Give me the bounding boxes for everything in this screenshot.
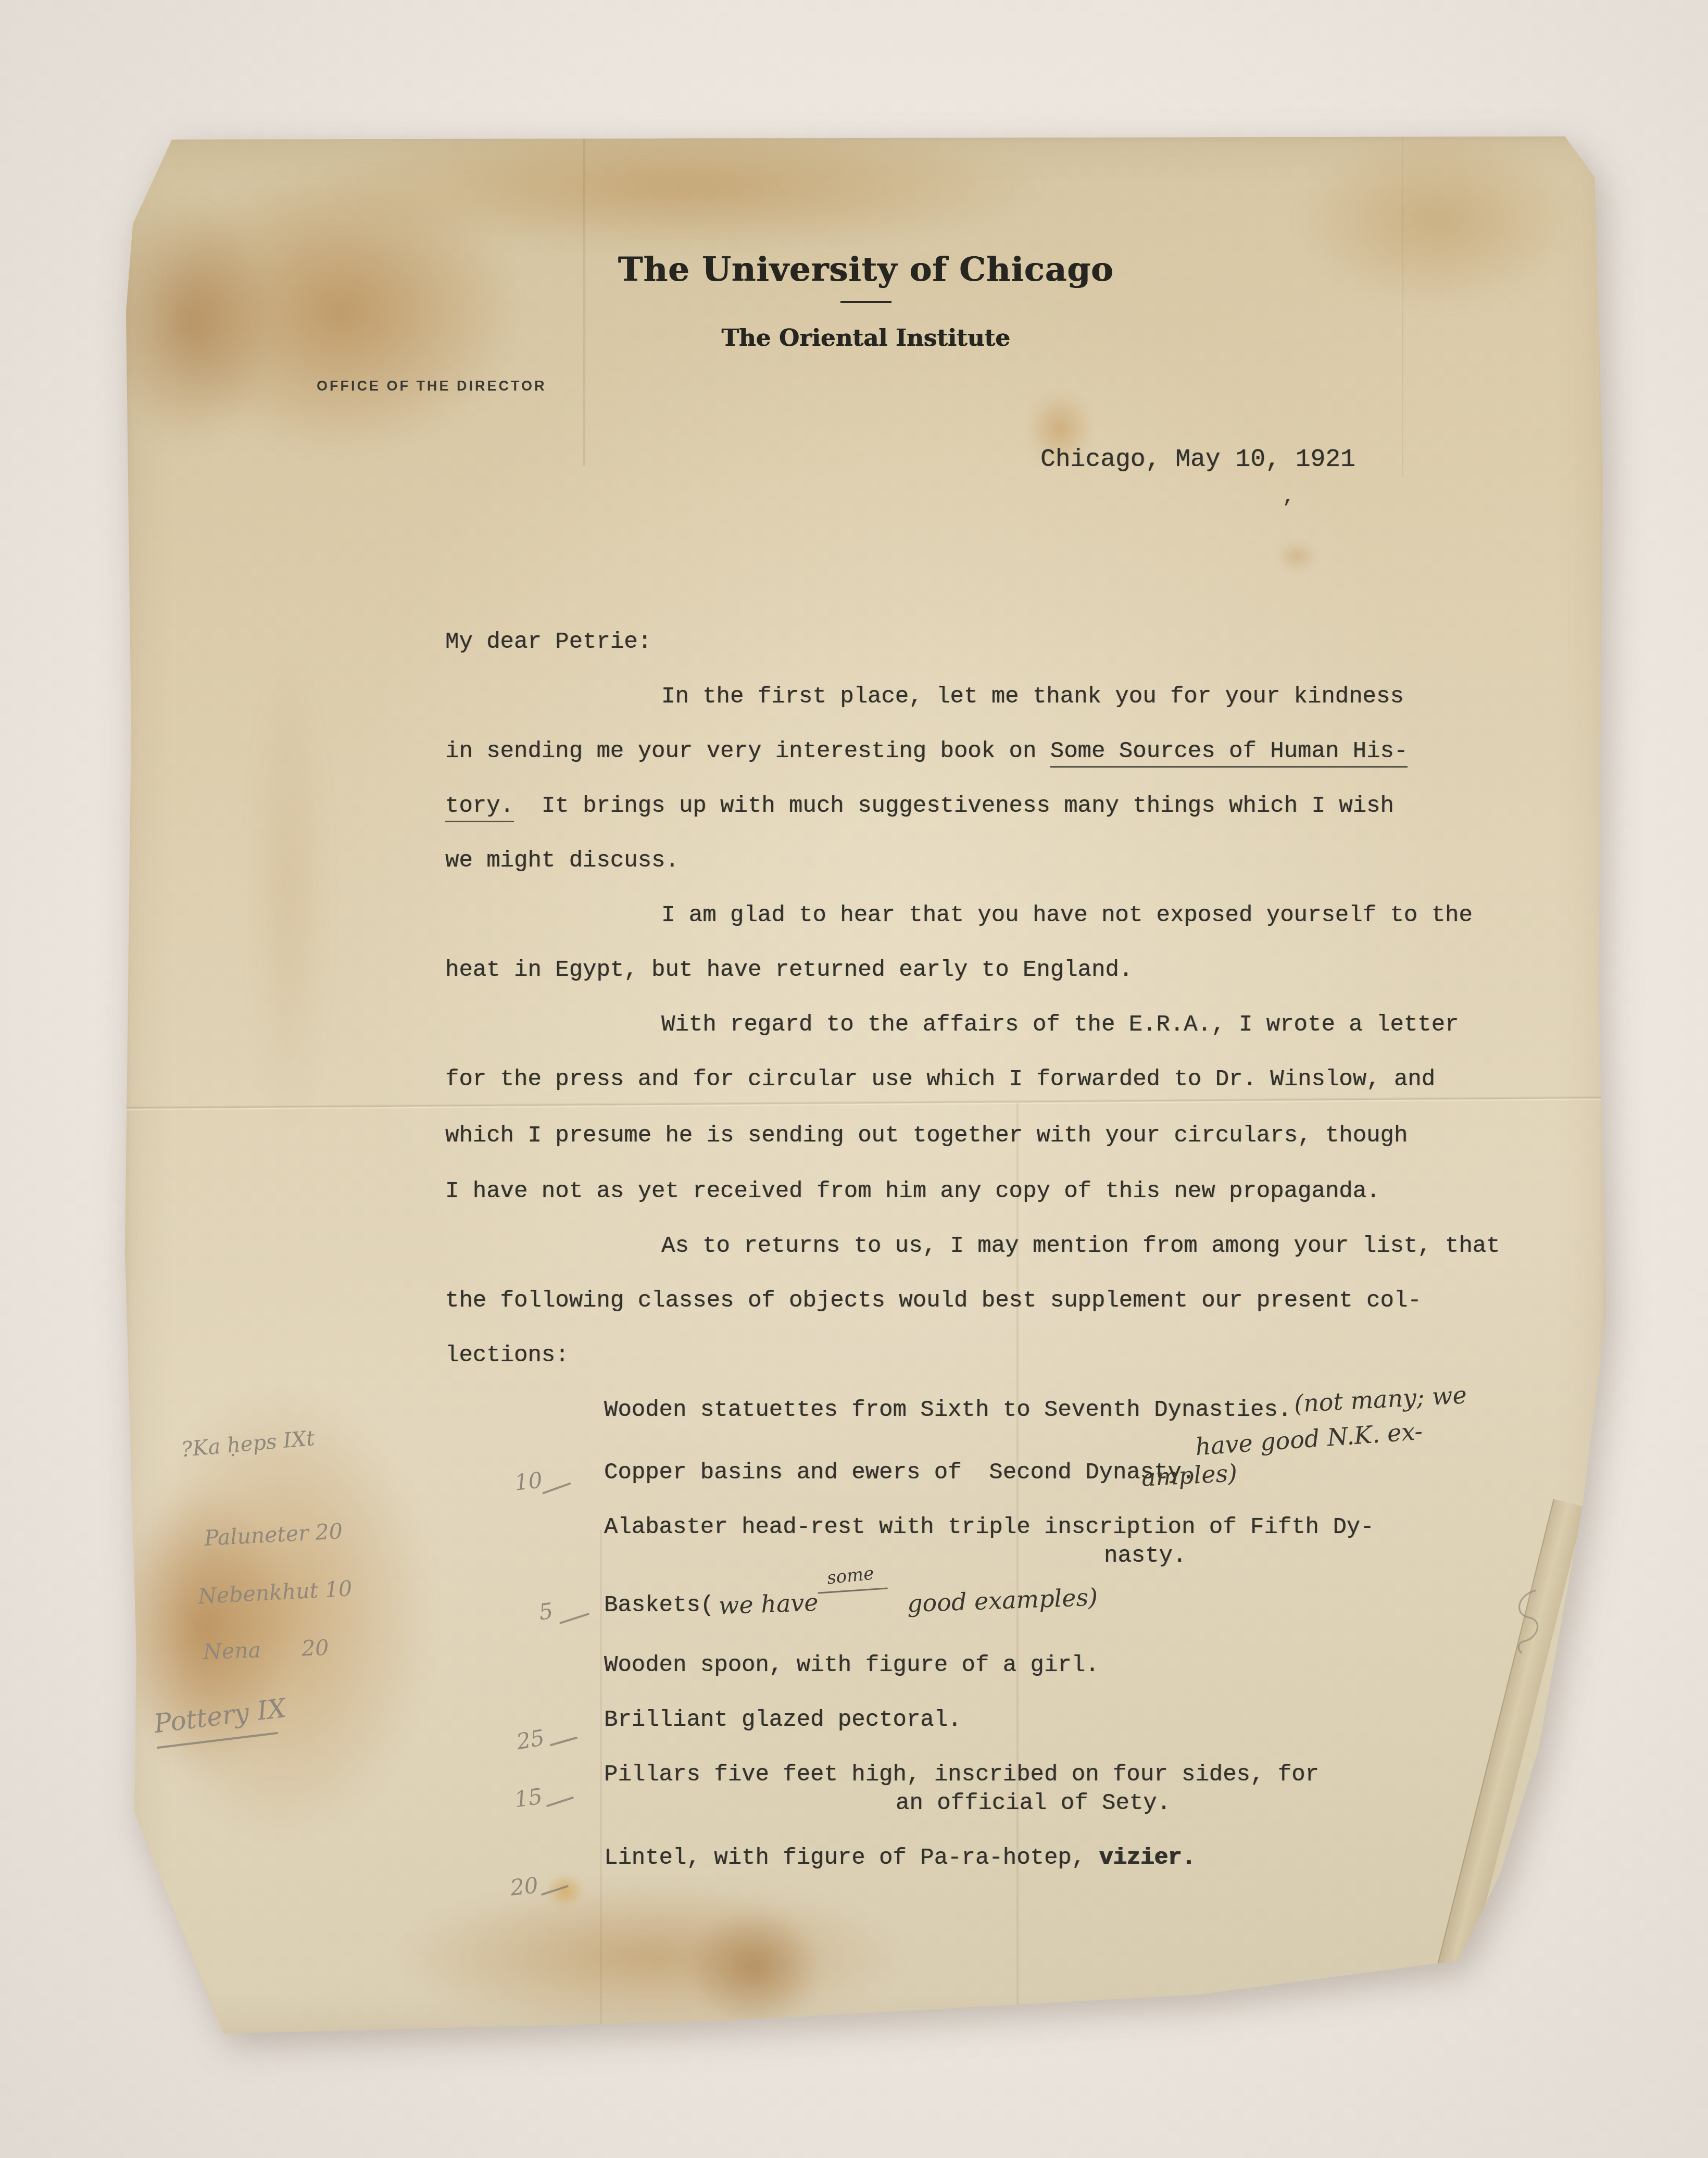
typed-text: Lintel, with figure of Pa-ra-hotep, [604,1845,1099,1871]
pencil-squiggle [1506,1587,1548,1660]
typed-line: In the first place, let me thank you for… [661,684,1404,710]
letter-paper: The University of Chicago The Oriental I… [125,134,1606,2040]
crease-vertical-left-lower [600,1530,602,2040]
letterhead-university: The University of Chicago [125,250,1606,289]
margin-note: ?Ka ḥeps IXt [180,1426,316,1462]
typed-line: the following classes of objects would b… [445,1288,1422,1314]
letterhead-institute: The Oriental Institute [125,324,1606,352]
typed-line: heat in Egypt, but have returned early t… [445,957,1133,983]
list-item: Baskets( [604,1592,714,1618]
typed-line: for the press and for circular use which… [445,1067,1435,1093]
fold-strip-bottom-right [1437,1499,1585,1975]
dog-ear-fold-bottom-left [130,1809,237,2040]
typed-line: in sending me your very interesting book… [445,738,1408,764]
pencil-dash [541,1885,569,1896]
underlined-book-title: tory. [445,793,514,822]
ink-annotation: amples) [1141,1459,1238,1492]
list-item-continuation: an official of Sety. [896,1790,1171,1816]
pencil-dash [542,1482,571,1495]
typed-line: I am glad to hear that you have not expo… [661,902,1473,929]
salutation: My dear Petrie: [445,629,651,655]
ink-annotation: good examples) [907,1583,1098,1618]
stain-top-left [94,114,588,509]
ink-annotation-insert: some [826,1563,875,1588]
margin-note: Nebenkhut 10 [197,1576,353,1609]
list-item: Lintel, with figure of Pa-ra-hotep, vizi… [604,1845,1195,1871]
stain-yellow-spot [541,1868,590,1913]
margin-note: Paluneter 20 [204,1519,343,1551]
typed-line: As to returns to us, I may mention from … [661,1233,1500,1259]
dateline: Chicago, May 10, 1921 [1040,447,1355,473]
pencil-dash [550,1736,578,1746]
letterhead-divider [840,301,891,303]
stain-small-right [1271,535,1323,577]
stain-top-band [219,103,1146,270]
list-item: Pillars five feet high, inscribed on fou… [604,1762,1319,1788]
pencil-price: 20 [509,1872,539,1900]
scanned-letter: The University of Chicago The Oriental I… [0,0,1708,2158]
stain-top-right [1250,103,1625,337]
stain-left-middle [78,1311,484,1915]
pencil-dash [546,1797,574,1808]
pencil-price: 5 [537,1598,555,1625]
list-item: Wooden statuettes from Sixth to Seventh … [604,1397,1291,1423]
letterhead-office: OFFICE OF THE DIRECTOR [317,378,547,394]
typed-line: lections: [445,1343,569,1369]
typed-line: I have not as yet received from him any … [445,1178,1380,1205]
stain-bottom-core [667,1889,844,2046]
crease-vertical-top [583,132,585,466]
pencil-price: 15 [513,1784,544,1813]
typed-text: It brings up with much suggestiveness ma… [514,793,1394,819]
typed-text: in sending me your very interesting book… [445,738,1050,764]
underlined-book-title: Some Sources of Human His- [1050,738,1408,768]
ink-annotation: we have [718,1588,819,1620]
margin-note: Pottery IX [152,1693,287,1739]
list-item: Alabaster head-rest with triple inscript… [604,1514,1374,1540]
stain-top-left-core [78,155,302,488]
typed-line: tory. It brings up with much suggestiven… [445,793,1394,819]
pencil-price: 25 [514,1725,546,1755]
stain-bottom-band [318,1858,984,2056]
stain-left-middle-core [89,1441,318,1816]
letter-page-wrap: The University of Chicago The Oriental I… [0,0,1708,2158]
pencil-dash [559,1613,589,1624]
ink-annotation: have good N.K. ex- [1195,1417,1424,1461]
typed-line: we might discuss. [445,848,679,874]
ink-annotation: (not many; we [1293,1381,1467,1417]
margin-note: Nena 20 [203,1635,329,1664]
typed-line: which I presume he is sending out togeth… [445,1123,1408,1149]
pencil-price: 10 [513,1467,544,1495]
list-item: Copper basins and ewers of Second Dynast… [604,1460,1195,1486]
list-item: Wooden spoon, with figure of a girl. [604,1652,1099,1678]
overstruck-word: vizier. [1099,1845,1196,1871]
fold-crease-horizontal [125,1096,1606,1111]
stray-ink-mark: ’ [1281,497,1293,523]
stain-left-streak [245,593,333,1191]
typed-line: With regard to the affairs of the E.R.A.… [661,1012,1459,1038]
list-item: Brilliant glazed pectoral. [604,1707,962,1733]
crease-vertical-right-top [1402,134,1403,478]
list-item-continuation: nasty. [1104,1543,1186,1569]
